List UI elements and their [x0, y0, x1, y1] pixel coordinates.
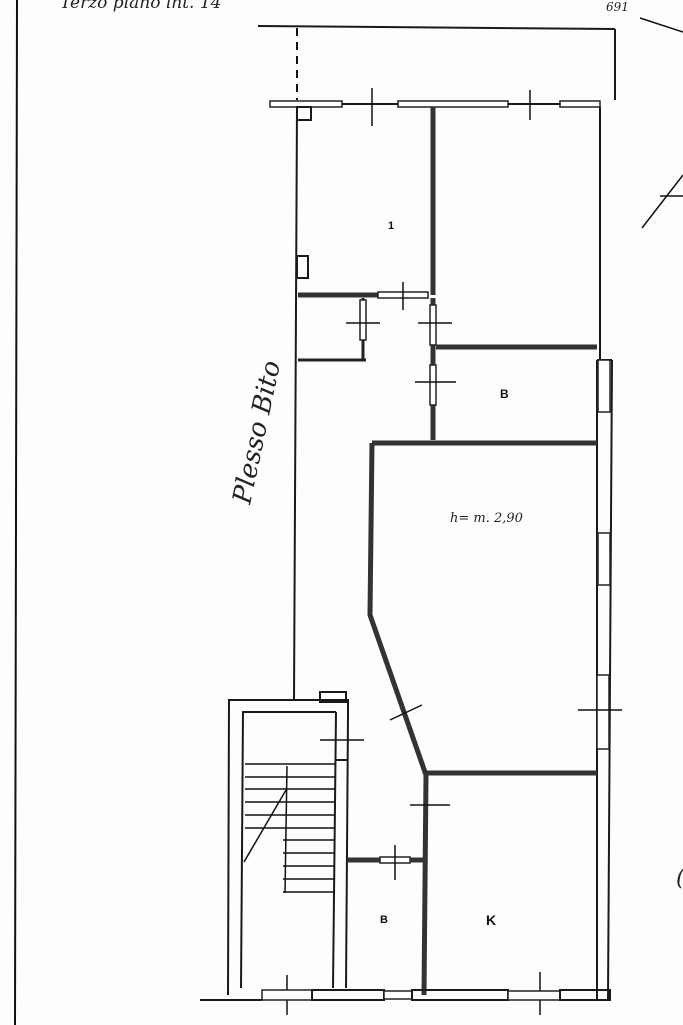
interior-walls: [298, 107, 597, 995]
header-title: Terzo piano int. 14: [60, 0, 222, 13]
site-boundary: [258, 18, 683, 228]
room-label-bathroom-upper: B: [500, 387, 509, 401]
room-label-bathroom-lower: B: [380, 914, 388, 926]
corner-mark: (: [676, 866, 683, 891]
shaft-mid: [297, 256, 308, 278]
room-label-top-left: 1: [388, 220, 394, 232]
ceiling-height: h= m. 2,90: [450, 511, 523, 526]
sheet-number: 691: [606, 0, 629, 14]
page-margin-line: [15, 0, 17, 1025]
floor-plan-drawing: Terzo piano int. 14 691 Plesso Bito h= m…: [0, 0, 683, 1025]
left-wall: [294, 107, 297, 700]
room-label-kitchen: K: [486, 912, 496, 928]
side-label: Plesso Bito: [227, 358, 287, 507]
floor-plan: Terzo piano int. 14 691 Plesso Bito h= m…: [0, 0, 683, 1025]
shaft-top: [297, 107, 311, 120]
bottom-facade-wall: [200, 990, 610, 1000]
right-facade-wall: [578, 107, 622, 1000]
stairwell: [228, 692, 348, 995]
